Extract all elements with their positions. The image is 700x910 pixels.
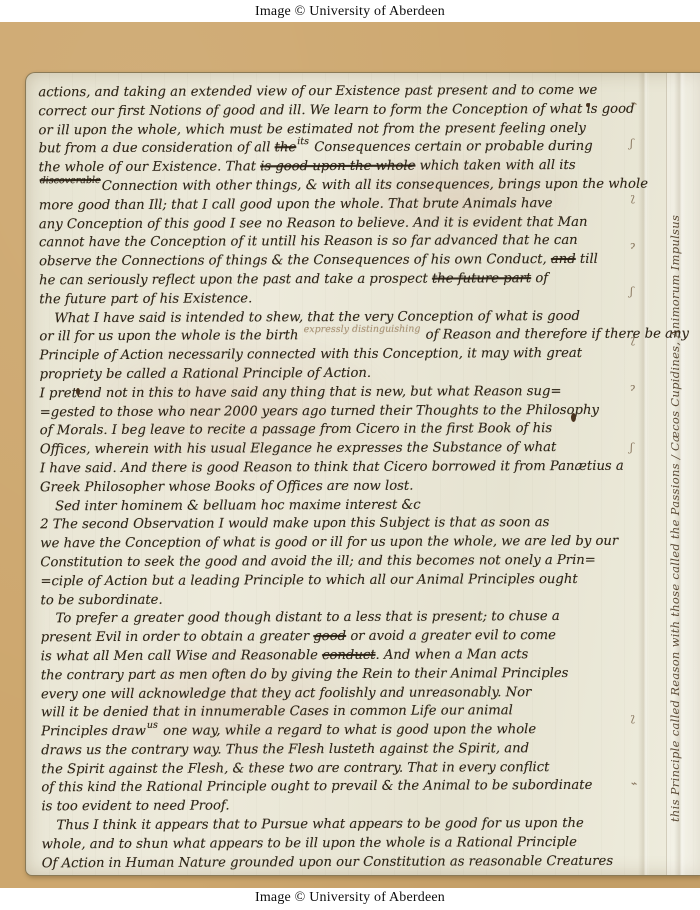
- manuscript-line: Offices, wherein with his usual Elegance…: [40, 439, 632, 460]
- vertical-margin-note: this Principle called Reason with those …: [668, 42, 686, 822]
- manuscript-line: observe the Connections of things & the …: [39, 251, 631, 272]
- manuscript-line: =gested to those who near 2000 years ago…: [40, 401, 632, 422]
- bottom-copyright-caption: Image © University of Aberdeen: [0, 888, 700, 908]
- manuscript-line: is what all Men call Wise and Reasonable…: [41, 646, 633, 667]
- manuscript-line: =ciple of Action but a leading Principle…: [40, 570, 632, 591]
- manuscript-line: 2 The second Observation I would make up…: [40, 514, 632, 535]
- ink-speck: [76, 388, 80, 395]
- mount-backing-card: actions, and taking an extended view of …: [0, 22, 700, 888]
- manuscript-line: Greek Philosopher whose Books of Offices…: [40, 476, 632, 497]
- ink-speck: [571, 413, 576, 422]
- manuscript-line: I have said. And there is good Reason to…: [40, 458, 632, 479]
- manuscript-page: actions, and taking an extended view of …: [25, 72, 700, 876]
- manuscript-line: of Morals. I beg leave to recite a passa…: [40, 420, 632, 441]
- manuscript-line: more good than Ill; that I call good upo…: [39, 194, 631, 215]
- manuscript-line: I pretend not in this to have said any t…: [40, 382, 632, 403]
- manuscript-line: Constitution to seek the good and avoid …: [40, 552, 632, 573]
- ink-mark: ʃ: [630, 139, 644, 149]
- manuscript-line: every one will acknowledge that they act…: [41, 683, 633, 704]
- ink-mark: ʅ: [630, 335, 644, 345]
- manuscript-line: the whole of our Existence. That is good…: [39, 157, 631, 178]
- ink-mark: ɂ: [630, 383, 644, 393]
- manuscript-line: Principle of Action necessarily connecte…: [39, 345, 631, 366]
- manuscript-line: of this kind the Rational Principle ough…: [41, 777, 633, 798]
- manuscript-line: Sed inter hominem & belluam hoc maxime i…: [40, 495, 632, 516]
- ink-mark: ⌁: [630, 779, 644, 789]
- scanned-manuscript-view: { "header": { "copyright": "Image © Univ…: [0, 0, 700, 910]
- ink-mark: ʅ: [630, 193, 644, 203]
- manuscript-line: To prefer a greater good though distant …: [41, 608, 633, 629]
- manuscript-line: propriety be called a Rational Principle…: [40, 364, 632, 385]
- ink-mark: ɂ: [630, 241, 644, 251]
- manuscript-line: Of Action in Human Nature grounded upon …: [42, 852, 634, 873]
- manuscript-line: Thus I think it appears that to Pursue w…: [41, 815, 633, 836]
- manuscript-line: he can seriously reflect upon the past a…: [39, 270, 631, 291]
- manuscript-line: the Spirit against the Flesh, & these tw…: [41, 758, 633, 779]
- manuscript-line: any Conception of this good I see no Rea…: [39, 213, 631, 234]
- manuscript-line: the contrary part as men often do by giv…: [41, 664, 633, 685]
- manuscript-line: but from a due consideration of all thei…: [39, 138, 631, 159]
- ink-mark: ʃ: [630, 287, 644, 297]
- manuscript-line: cannot have the Conception of it untill …: [39, 232, 631, 253]
- ink-mark: ʃ: [630, 443, 644, 453]
- manuscript-text: actions, and taking an extended view of …: [38, 82, 633, 874]
- manuscript-line: correct our first Notions of good and il…: [38, 101, 630, 122]
- manuscript-line: actions, and taking an extended view of …: [38, 82, 630, 103]
- manuscript-line: or ill for us upon the whole is the birt…: [39, 326, 631, 347]
- manuscript-line: whole, and to shun what appears to be il…: [42, 834, 634, 855]
- ink-mark: ʅ: [630, 713, 644, 723]
- manuscript-line: to be subordinate.: [40, 589, 632, 610]
- manuscript-line: or ill upon the whole, which must be est…: [38, 119, 630, 140]
- manuscript-line: we have the Conception of what is good o…: [40, 533, 632, 554]
- ink-mark: ⌁: [630, 99, 644, 109]
- manuscript-line: discoverableConnection with other things…: [39, 176, 631, 197]
- manuscript-line: draws us the contrary way. Thus the Fles…: [41, 740, 633, 761]
- ink-speck: [586, 103, 590, 107]
- manuscript-line: will it be denied that in innumerable Ca…: [41, 702, 633, 723]
- top-copyright-caption: Image © University of Aberdeen: [0, 2, 700, 22]
- manuscript-line: present Evil in order to obtain a greate…: [41, 627, 633, 648]
- manuscript-line: is too evident to need Proof.: [41, 796, 633, 817]
- manuscript-line: the future part of his Existence.: [39, 288, 631, 309]
- manuscript-line: Principles drawus one way, while a regar…: [41, 721, 633, 742]
